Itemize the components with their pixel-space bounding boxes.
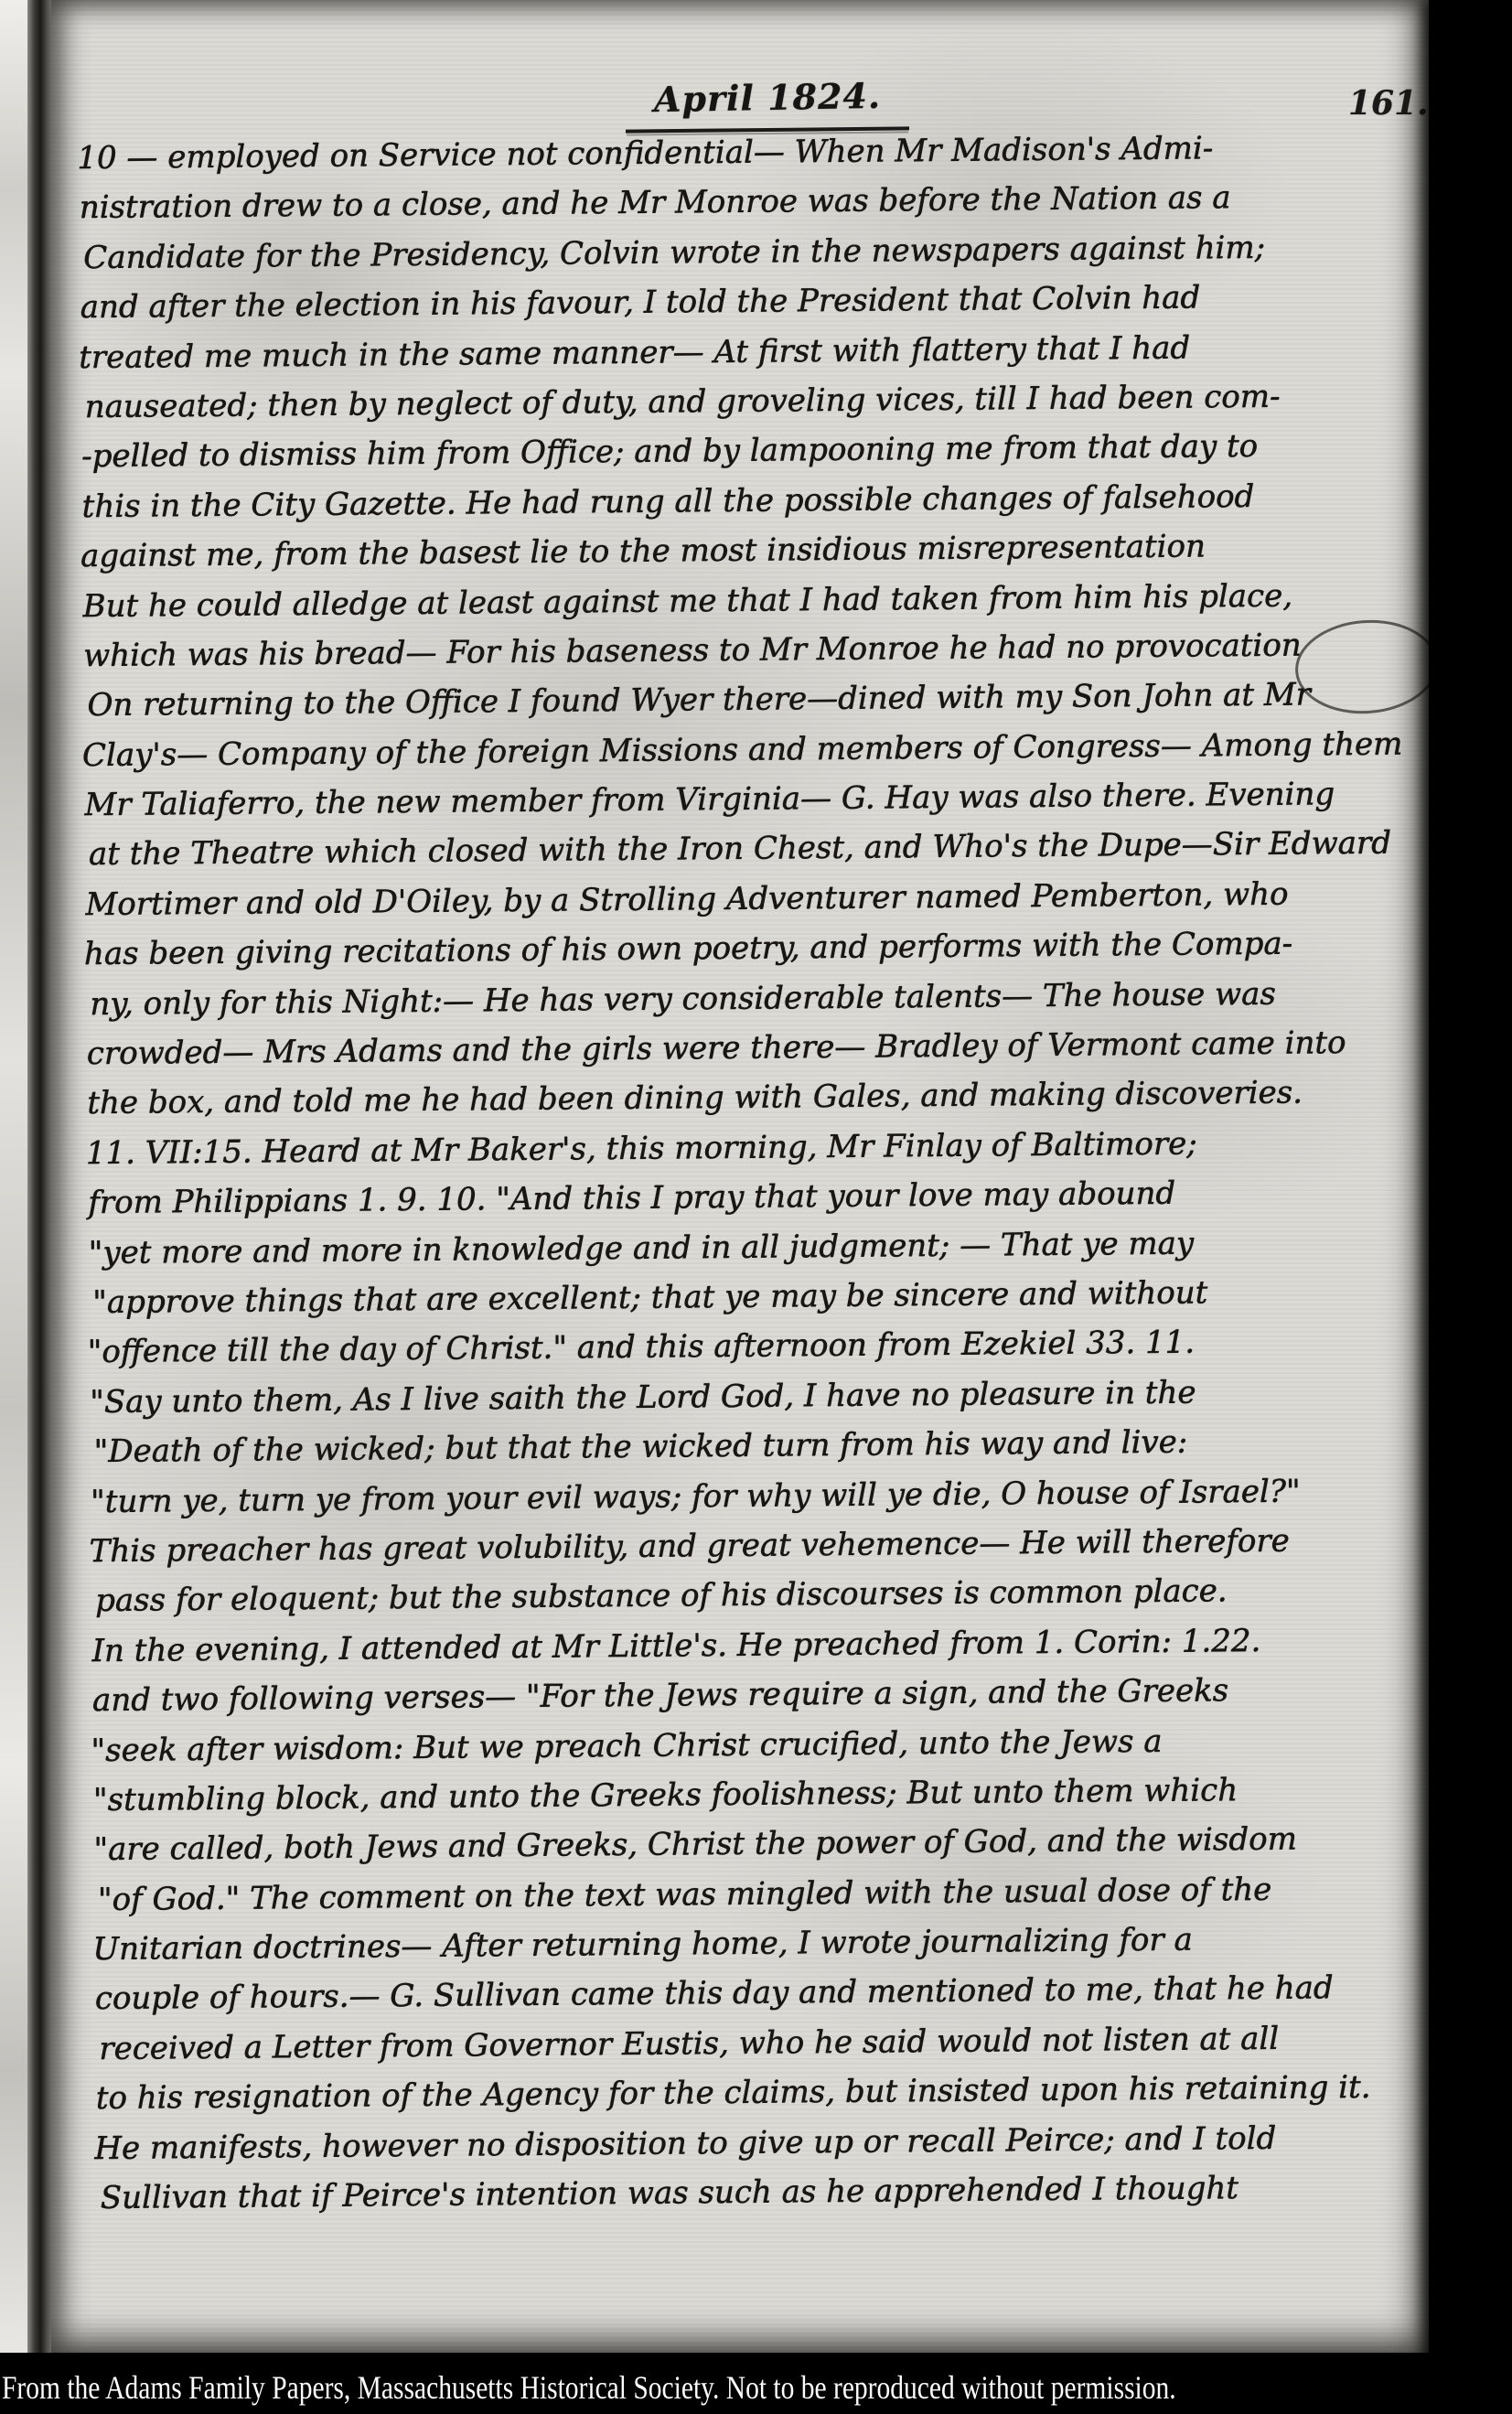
- manuscript-line: Sullivan that if Peirce's intention was …: [100, 2162, 1429, 2223]
- manuscript-paper: April 1824. 161. 10 — employed on Servic…: [51, 0, 1429, 2353]
- scan-right-border: [1429, 0, 1512, 2414]
- facing-page-edge: [0, 0, 27, 2353]
- manuscript-text: 10 — employed on Service not confidentia…: [79, 122, 1429, 2223]
- manuscript-scan-page: April 1824. 161. 10 — employed on Servic…: [0, 0, 1512, 2414]
- page-number: 161.: [1348, 84, 1429, 123]
- caption-bar: From the Adams Family Papers, Massachuse…: [0, 2353, 1512, 2414]
- gutter-shadow: [27, 0, 51, 2353]
- caption-text: From the Adams Family Papers, Massachuse…: [2, 2368, 1176, 2407]
- page-header-date: April 1824.: [644, 75, 892, 121]
